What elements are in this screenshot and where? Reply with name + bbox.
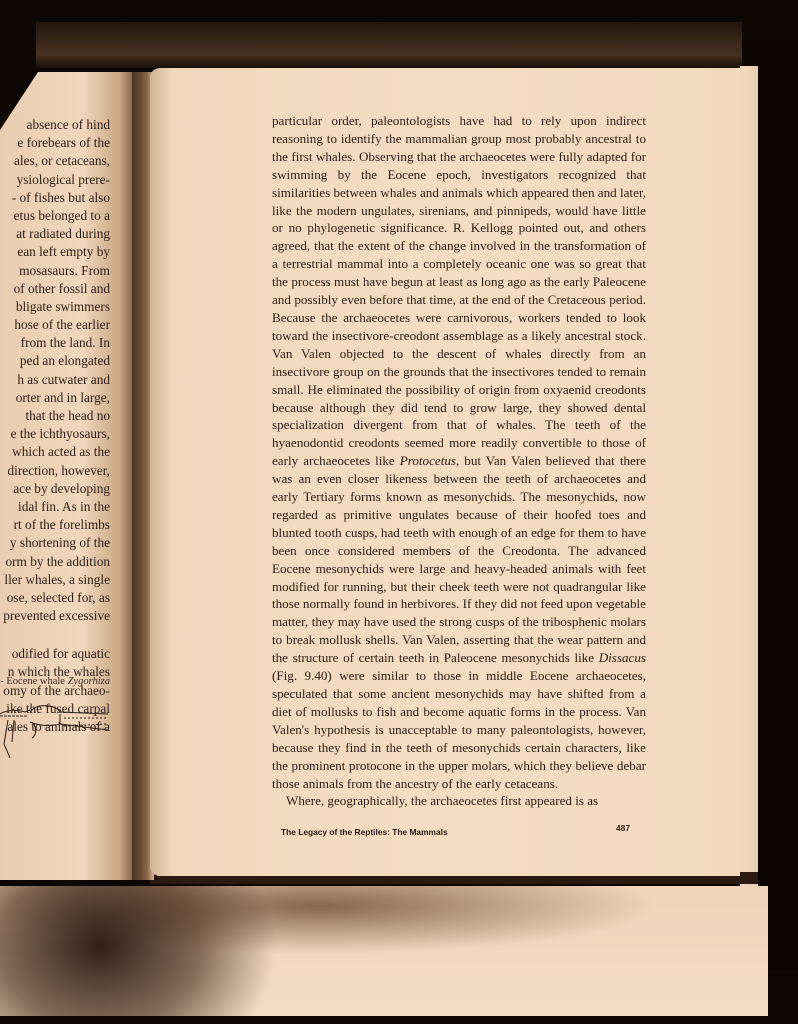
left-text-line: that the head no <box>0 407 110 425</box>
left-text-line: y shortening of the <box>0 534 110 552</box>
left-text-line: ller whales, a single <box>0 571 110 589</box>
left-text-line: e forebears of the <box>0 134 110 152</box>
left-text-line: at radiated during <box>0 225 110 243</box>
genus-protocetus: Protocetus <box>400 453 456 468</box>
left-text-line: of other fossil and <box>0 280 110 298</box>
figure-caption: - Eocene whale Zygorhiza <box>0 676 110 687</box>
paragraph-2: Where, geographically, the archaeocetes … <box>272 792 646 810</box>
genus-dissacus: Dissacus <box>599 650 646 665</box>
left-text-line: idal fin. As in the <box>0 498 110 516</box>
caption-genus: Zygorhiza <box>68 676 110 687</box>
left-text-line: ean left empty by <box>0 243 110 261</box>
left-text-line: direction, however, <box>0 462 110 480</box>
left-text-line: which acted as the <box>0 443 110 461</box>
right-page: particular order, paleontologists have h… <box>150 68 740 876</box>
left-text-line: orter and in large, <box>0 389 110 407</box>
book-top-edge <box>36 22 742 68</box>
left-text-line: from the land. In <box>0 334 110 352</box>
stacked-page-edge <box>740 66 758 956</box>
paragraph-gap <box>0 625 110 645</box>
left-text-line: etus belonged to a <box>0 207 110 225</box>
left-text-line: h as cutwater and <box>0 371 110 389</box>
left-text-line: ysiological prere- <box>0 171 110 189</box>
left-text-line: absence of hind <box>0 116 110 134</box>
left-text-line: ales, or cetaceans, <box>0 152 110 170</box>
left-text-line: mosasaurs. From <box>0 262 110 280</box>
whale-skeleton-illustration <box>0 694 110 764</box>
left-text-line: odified for aquatic <box>0 645 110 663</box>
lower-page-sheet <box>0 886 768 1016</box>
left-text-line: bligate swimmers <box>0 298 110 316</box>
left-page: absence of hinde forebears of theales, o… <box>0 72 150 880</box>
body-text: particular order, paleontologists have h… <box>272 112 646 810</box>
left-text-line: ped an elongated <box>0 352 110 370</box>
left-text-line: e the ichthyosaurs, <box>0 425 110 443</box>
paragraph-1: particular order, paleontologists have h… <box>272 112 646 792</box>
left-text-line: rt of the forelimbs <box>0 516 110 534</box>
page-number: 487 <box>616 823 630 833</box>
left-text-line: - of fishes but also <box>0 189 110 207</box>
left-text-line: ace by developing <box>0 480 110 498</box>
left-text-line: ose, selected for, as <box>0 589 110 607</box>
left-page-text: absence of hinde forebears of theales, o… <box>0 116 110 736</box>
running-footer: The Legacy of the Reptiles: The Mammals <box>281 827 448 837</box>
left-text-line: prevented excessive <box>0 607 110 625</box>
left-text-line: hose of the earlier <box>0 316 110 334</box>
left-text-line: orm by the addition <box>0 553 110 571</box>
